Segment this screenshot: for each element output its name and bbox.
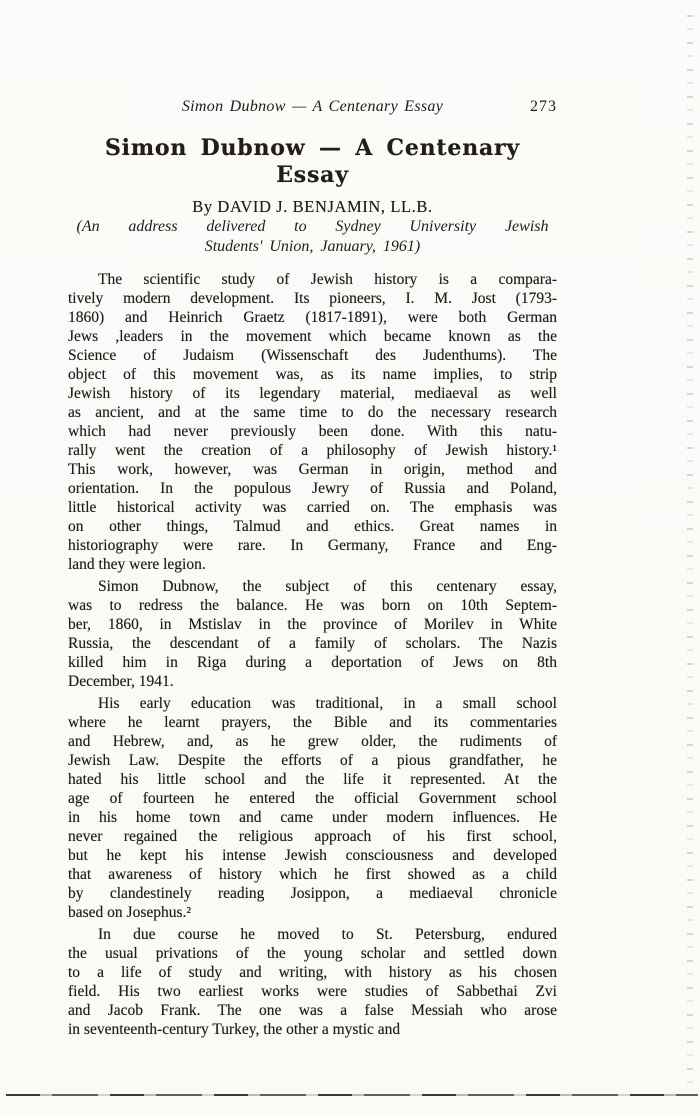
- text-line: to a life of study and writing, with his…: [68, 963, 557, 982]
- text-line: killed him in Riga during a deportation …: [68, 653, 557, 672]
- text-line: 1860) and Heinrich Graetz (1817-1891), w…: [68, 308, 557, 327]
- text-line: His early education was traditional, in …: [68, 694, 557, 713]
- text-line: which had never previously been done. Wi…: [68, 422, 557, 441]
- text-line: December, 1941.: [68, 672, 557, 691]
- text-line: land they were legion.: [68, 555, 557, 574]
- essay-title: Simon Dubnow — A Centenary Essay: [68, 135, 557, 189]
- paragraph: His early education was traditional, in …: [68, 694, 557, 922]
- text-line: historiography were rare. In Germany, Fr…: [68, 536, 557, 555]
- running-header-title: Simon Dubnow — A Centenary Essay: [182, 98, 443, 115]
- running-header: Simon Dubnow — A Centenary Essay 273: [68, 97, 557, 116]
- text-line: orientation. In the populous Jewry of Ru…: [68, 479, 557, 498]
- paragraph: Simon Dubnow, the subject of this centen…: [68, 577, 557, 691]
- text-line: in his home town and came under modern i…: [68, 808, 557, 827]
- text-column: Simon Dubnow — A Centenary Essay 273 Sim…: [68, 0, 557, 1039]
- text-line: object of this movement was, as its name…: [68, 365, 557, 384]
- text-line: field. His two earliest works were studi…: [68, 982, 557, 1001]
- text-line: in seventeenth-century Turkey, the other…: [68, 1020, 557, 1039]
- text-line: hated his little school and the life it …: [68, 770, 557, 789]
- text-line: rally went the creation of a philosophy …: [68, 441, 557, 460]
- text-line: Simon Dubnow, the subject of this centen…: [68, 577, 557, 596]
- text-line: Jews ,leaders in the movement which beca…: [68, 327, 557, 346]
- paragraph: In due course he moved to St. Petersburg…: [68, 925, 557, 1039]
- text-line: Jewish Law. Despite the efforts of a pio…: [68, 751, 557, 770]
- text-line: the usual privations of the young schola…: [68, 944, 557, 963]
- text-line: never regained the religious approach of…: [68, 827, 557, 846]
- text-line: little historical activity was carried o…: [68, 498, 557, 517]
- text-line: but he kept his intense Jewish conscious…: [68, 846, 557, 865]
- text-line: and Jacob Frank. The one was a false Mes…: [68, 1001, 557, 1020]
- text-line: where he learnt prayers, the Bible and i…: [68, 713, 557, 732]
- text-line: age of fourteen he entered the official …: [68, 789, 557, 808]
- text-line: was to redress the balance. He was born …: [68, 596, 557, 615]
- text-line: tively modern development. Its pioneers,…: [68, 289, 557, 308]
- paragraph: The scientific study of Jewish history i…: [68, 270, 557, 574]
- scan-artifacts-right-edge: [687, 15, 693, 1093]
- address-line-2: Students' Union, January, 1961): [68, 237, 557, 257]
- byline: By DAVID J. BENJAMIN, LL.B.: [68, 196, 557, 217]
- text-line: that awareness of history which he first…: [68, 865, 557, 884]
- page-number: 273: [530, 97, 557, 116]
- scanned-page: Simon Dubnow — A Centenary Essay 273 Sim…: [0, 0, 700, 1115]
- text-line: In due course he moved to St. Petersburg…: [68, 925, 557, 944]
- scan-line-bottom: [6, 1094, 698, 1096]
- text-line: based on Josephus.²: [68, 903, 557, 922]
- address-line-1: (An address delivered to Sydney Universi…: [77, 217, 549, 237]
- text-line: on other things, Talmud and ethics. Grea…: [68, 517, 557, 536]
- text-line: Science of Judaism (Wissenschaft des Jud…: [68, 346, 557, 365]
- text-line: This work, however, was German in origin…: [68, 460, 557, 479]
- text-line: Jewish history of its legendary material…: [68, 384, 557, 403]
- text-line: ber, 1860, in Mstislav in the province o…: [68, 615, 557, 634]
- text-line: as ancient, and at the same time to do t…: [68, 403, 557, 422]
- body-text: The scientific study of Jewish history i…: [68, 270, 557, 1039]
- text-line: The scientific study of Jewish history i…: [68, 270, 557, 289]
- text-line: by clandestinely reading Josippon, a med…: [68, 884, 557, 903]
- text-line: and Hebrew, and, as he grew older, the r…: [68, 732, 557, 751]
- text-line: Russia, the descendant of a family of sc…: [68, 634, 557, 653]
